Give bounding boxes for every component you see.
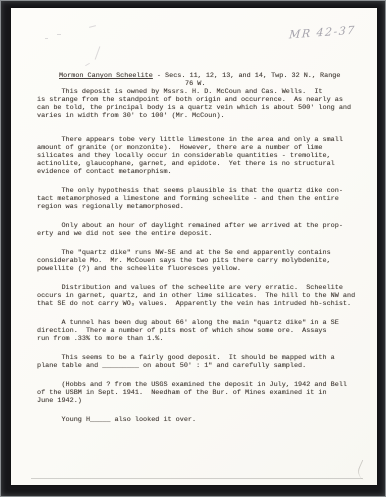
paragraph-visit-note: Only about an hour of daylight remained … (37, 222, 363, 238)
paragraph-quartz-dike: The "quartz dike" runs NW-SE and at the … (37, 249, 363, 273)
paragraph-tunnel-assays: A tunnel has been dug about 66' along th… (37, 319, 363, 343)
title-location: - Secs. 11, 12, 13, and 14, Twp. 32 N., … (153, 72, 341, 80)
paragraph-hypothesis: The only hypothesis that seems plausible… (37, 187, 363, 211)
paragraph-young-note: Young H_____ also looked it over. (37, 416, 363, 424)
title-deposit-name: Mormon Canyon Scheelite (59, 72, 153, 80)
scan-artifact-line (31, 478, 363, 479)
document-page: MR 42-37 Mormon Canyon Scheelite - Secs.… (11, 8, 377, 485)
scanner-frame: MR 42-37 Mormon Canyon Scheelite - Secs.… (0, 0, 386, 497)
document-title: Mormon Canyon Scheelite - Secs. 11, 12, … (37, 72, 363, 88)
handwritten-reference-number: MR 42-37 (289, 24, 357, 42)
title-range-line: 76 W. (37, 80, 363, 88)
paragraph-ownership: This deposit is owned by Mssrs. H. D. Mc… (37, 88, 363, 120)
paragraph-recommendation: This seems to be a fairly good deposit. … (37, 354, 363, 370)
pencil-smudge-marks (45, 26, 105, 72)
paragraph-prior-examinations: (Hobbs and ? from the USGS examined the … (37, 381, 363, 405)
paragraph-geology: There appears tobe very little limestone… (37, 136, 363, 176)
document-content: Mormon Canyon Scheelite - Secs. 11, 12, … (37, 72, 363, 435)
paragraph-distribution: Distribution and values of the scheelite… (37, 284, 363, 308)
title-line: Mormon Canyon Scheelite - Secs. 11, 12, … (37, 72, 363, 80)
